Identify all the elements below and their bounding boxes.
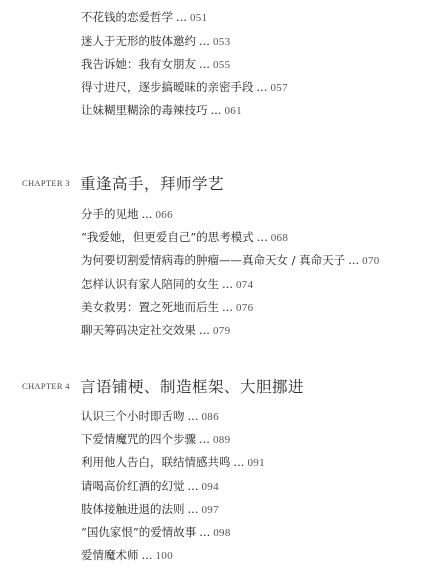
toc-entry[interactable]: 为何要切割爱情病毒的肿瘤——真命天女 / 真命天子...070: [81, 252, 380, 269]
entry-title: 不花钱的恋爱哲学: [81, 10, 173, 24]
entry-title: 为何要切割爱情病毒的肿瘤——真命天女 / 真命天子: [81, 253, 345, 267]
leader-dots: ...: [222, 300, 233, 314]
toc-entry[interactable]: 怎样认识有家人陪同的女生...074: [81, 276, 253, 293]
leader-dots: ...: [199, 57, 210, 71]
leader-dots: ...: [142, 548, 153, 562]
page-number: 086: [201, 411, 218, 423]
toc-entry[interactable]: 肢体接触进退的法则...097: [81, 501, 219, 518]
leader-dots: ...: [188, 502, 199, 516]
leader-dots: ...: [199, 323, 210, 337]
chapter-label: CHAPTER 4: [22, 381, 80, 391]
page-number: 076: [236, 302, 253, 314]
entry-title: 我告诉她：我有女朋友: [81, 57, 196, 71]
entry-title: 分手的见地: [81, 207, 139, 221]
leader-dots: ...: [199, 432, 210, 446]
toc-entry[interactable]: 美女救男：置之死地而后生...076: [81, 299, 253, 316]
leader-dots: ...: [257, 80, 268, 94]
entry-title: 怎样认识有家人陪同的女生: [81, 277, 219, 291]
entry-title: 肢体接触进退的法则: [81, 502, 185, 516]
entry-title: 利用他人告白，联结情感共鸣: [81, 455, 231, 469]
entry-title: 聊天筹码决定社交效果: [81, 323, 196, 337]
leader-dots: ...: [188, 409, 199, 423]
toc-entry[interactable]: 分手的见地...066: [81, 206, 173, 223]
leader-dots: ...: [142, 207, 153, 221]
toc-entry[interactable]: 利用他人告白，联结情感共鸣...091: [81, 454, 265, 471]
chapter-title: 重逢高手，拜师学艺: [80, 175, 224, 193]
toc-entry[interactable]: 让妹糊里糊涂的毒辣技巧...061: [81, 102, 242, 119]
page-number: 079: [213, 325, 230, 337]
chapter-heading[interactable]: CHAPTER 4言语铺梗、制造框架、大胆挪进: [22, 375, 304, 397]
chapter-heading[interactable]: CHAPTER 3重逢高手，拜师学艺: [22, 172, 224, 194]
chapter-label: CHAPTER 3: [22, 178, 80, 188]
page-number: 057: [270, 82, 287, 94]
toc-entry[interactable]: 我告诉她：我有女朋友...055: [81, 56, 230, 73]
toc-entry[interactable]: 聊天筹码决定社交效果...079: [81, 322, 230, 339]
leader-dots: ...: [188, 479, 199, 493]
page-number: 068: [271, 232, 288, 244]
page-number: 089: [213, 434, 230, 446]
toc-entry[interactable]: 迷人于无形的肢体邀约...053: [81, 33, 230, 50]
chapter-title: 言语铺梗、制造框架、大胆挪进: [80, 378, 304, 396]
page-number: 091: [247, 457, 264, 469]
leader-dots: ...: [199, 525, 210, 539]
page-number: 055: [213, 59, 230, 71]
leader-dots: ...: [234, 455, 245, 469]
entry-title: 请喝高价红酒的幻觉: [81, 479, 185, 493]
entry-title: 下爱情魔咒的四个步骤: [81, 432, 196, 446]
page-number: 100: [155, 550, 172, 562]
entry-title: 认识三个小时即舌吻: [81, 409, 185, 423]
page-number: 074: [236, 279, 253, 291]
toc-entry[interactable]: “我爱她，但更爱自己”的思考模式...068: [81, 229, 288, 246]
page-number: 051: [190, 12, 207, 24]
toc-entry[interactable]: 认识三个小时即舌吻...086: [81, 408, 219, 425]
page-number: 070: [362, 255, 379, 267]
toc-entry[interactable]: 得寸进尺，逐步搞暧昧的亲密手段...057: [81, 79, 288, 96]
leader-dots: ...: [222, 277, 233, 291]
toc-entry[interactable]: 爱情魔术师...100: [81, 547, 173, 564]
page-number: 098: [213, 527, 230, 539]
page-number: 061: [224, 105, 241, 117]
entry-title: 让妹糊里糊涂的毒辣技巧: [81, 103, 208, 117]
toc-entry[interactable]: 下爱情魔咒的四个步骤...089: [81, 431, 230, 448]
entry-title: “国仇家恨”的爱情故事: [81, 525, 196, 539]
entry-title: “我爱她，但更爱自己”的思考模式: [81, 230, 254, 244]
leader-dots: ...: [257, 230, 268, 244]
leader-dots: ...: [348, 253, 359, 267]
page-number: 053: [213, 36, 230, 48]
page-number: 066: [155, 209, 172, 221]
entry-title: 爱情魔术师: [81, 548, 139, 562]
leader-dots: ...: [176, 10, 187, 24]
entry-title: 得寸进尺，逐步搞暧昧的亲密手段: [81, 80, 254, 94]
toc-entry[interactable]: 不花钱的恋爱哲学...051: [81, 9, 207, 26]
toc-entry[interactable]: 请喝高价红酒的幻觉...094: [81, 478, 219, 495]
leader-dots: ...: [199, 34, 210, 48]
entry-title: 迷人于无形的肢体邀约: [81, 34, 196, 48]
leader-dots: ...: [211, 103, 222, 117]
page-number: 097: [201, 504, 218, 516]
toc-entry[interactable]: “国仇家恨”的爱情故事...098: [81, 524, 231, 541]
entry-title: 美女救男：置之死地而后生: [81, 300, 219, 314]
page-number: 094: [201, 481, 218, 493]
